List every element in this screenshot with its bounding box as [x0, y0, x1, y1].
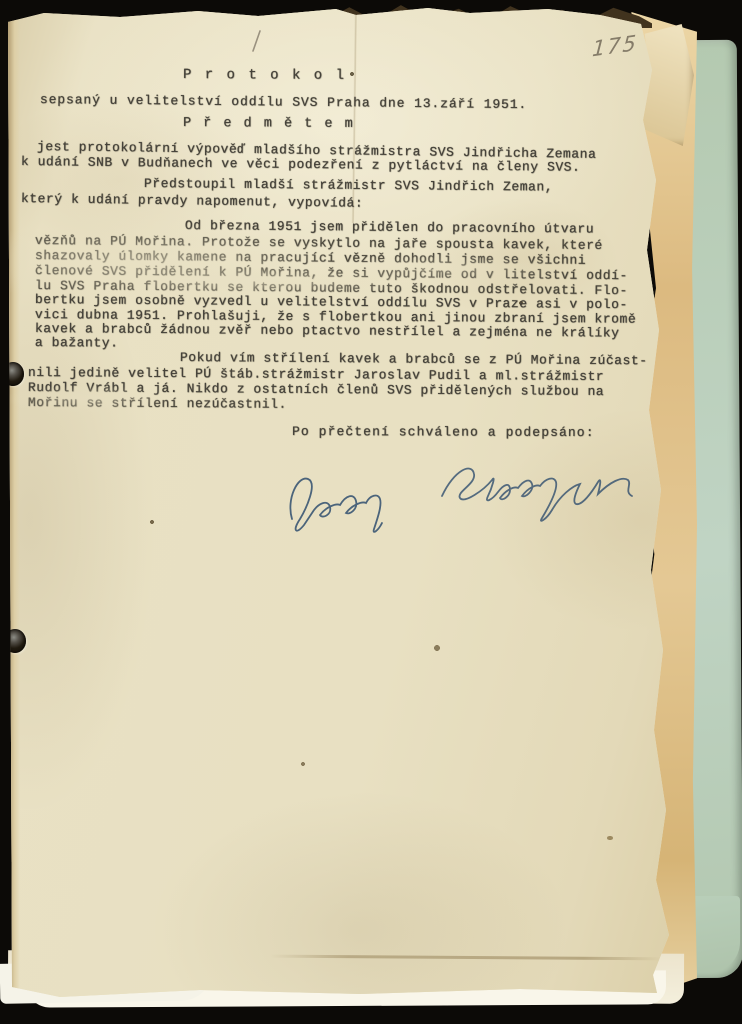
left-fold-shading	[8, 10, 20, 992]
document-title: P r o t o k o l	[183, 68, 347, 84]
binding-hole	[2, 362, 24, 386]
binding-hole	[4, 629, 26, 653]
testimony-line: a bažanty.	[35, 335, 119, 351]
testimony-line: Mořinu se střílení nezúčastnil.	[28, 395, 287, 412]
signature-left	[278, 465, 428, 535]
subject-heading: P ř e d m ě t e m	[183, 116, 355, 132]
signature-right	[432, 452, 642, 522]
closing-line: Po přečtení schváleno a podepsáno:	[292, 424, 595, 440]
document-page: P r o t o k o l sepsaný u velitelství od…	[0, 0, 742, 1024]
pencil-tick-mark	[248, 28, 264, 54]
